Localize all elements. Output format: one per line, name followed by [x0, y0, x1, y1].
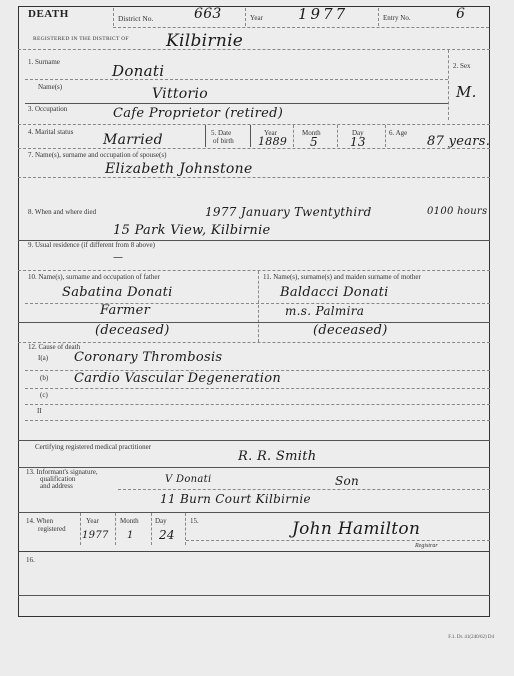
reg-day-label: Day — [155, 517, 167, 525]
dob-year-value: 1889 — [258, 135, 287, 148]
rule — [25, 404, 490, 405]
form-title: DEATH — [28, 8, 69, 20]
rule — [18, 440, 490, 441]
death-place-value: 15 Park View, Kilbirnie — [113, 223, 271, 238]
occupation-value: Cafe Proprietor (retired) — [113, 106, 283, 121]
reg-year-label: Year — [86, 517, 99, 525]
rule — [25, 388, 490, 389]
form-code: F.1. Dr. 41(240/62) D4 — [448, 635, 494, 640]
rule — [25, 303, 490, 304]
marital-status-label: 4. Marital status — [28, 128, 73, 136]
usual-residence-label: 9. Usual residence (if different from 8 … — [28, 241, 155, 249]
field-16-label: 16. — [26, 556, 35, 564]
registrar-title: Registrar — [415, 543, 438, 549]
age-label: 6. Age — [389, 129, 407, 137]
cause-row-label: II — [37, 407, 42, 415]
sex-label: 2. Sex — [453, 62, 471, 70]
surname-label: 1. Surname — [28, 58, 60, 66]
informant-label-3: and address — [40, 482, 73, 490]
reg-day-value: 24 — [159, 528, 175, 542]
district-no-value: 663 — [194, 6, 222, 22]
divider — [258, 271, 259, 342]
cause-row-value: Coronary Thrombosis — [74, 350, 222, 365]
informant-address: 11 Burn Court Kilbirnie — [160, 492, 311, 506]
rule — [25, 103, 448, 104]
reg-month-label: Month — [120, 517, 139, 525]
death-date-value: 1977 January Twentythird — [205, 205, 372, 219]
year-value: 1977 — [298, 5, 348, 23]
entry-no-label: Entry No. — [383, 14, 411, 22]
divider — [245, 8, 246, 26]
father-status-value: (deceased) — [95, 323, 170, 338]
divider — [151, 513, 152, 545]
rule — [18, 124, 490, 125]
year-label: Year — [250, 14, 263, 22]
rule — [18, 148, 490, 149]
when-registered-label-1: 14. When — [26, 517, 53, 525]
rule — [25, 79, 448, 80]
cause-row-label: (c) — [40, 391, 48, 399]
rule — [18, 270, 490, 271]
divider — [293, 125, 294, 147]
cause-of-death-label: 12. Cause of death — [28, 343, 80, 351]
cause-row-label: I(a) — [38, 354, 48, 362]
divider — [113, 8, 114, 26]
registered-district-label: REGISTERED IN THE DISTRICT OF — [33, 36, 129, 42]
names-label: Name(s) — [38, 83, 62, 91]
divider — [448, 50, 449, 120]
age-value: 87 years. — [427, 134, 490, 149]
names-value: Vittorio — [152, 86, 208, 102]
rule — [18, 177, 490, 178]
usual-residence-value: — — [113, 252, 123, 263]
father-occupation-value: Farmer — [100, 303, 150, 318]
death-time-value: 0100 hours — [427, 206, 487, 217]
entry-no-value: 6 — [456, 6, 465, 22]
registrar-label: 15. — [190, 517, 199, 525]
occupation-label: 3. Occupation — [28, 105, 67, 113]
divider — [80, 513, 81, 545]
reg-month-value: 1 — [127, 530, 134, 541]
mother-label: 11. Name(s), surname(s) and maiden surna… — [263, 273, 421, 281]
mother-maiden-value: m.s. Palmira — [285, 304, 364, 318]
dob-day-value: 13 — [350, 135, 366, 149]
registered-district-value: Kilbirnie — [166, 31, 243, 51]
rule — [18, 342, 490, 343]
informant-qualification: Son — [335, 474, 359, 488]
cause-row-value: Cardio Vascular Degeneration — [74, 371, 281, 386]
marital-status-value: Married — [103, 132, 163, 148]
dob-label-1: 5. Date — [211, 129, 231, 137]
divider — [250, 125, 251, 147]
divider — [378, 8, 379, 26]
reg-year-value: 1977 — [82, 530, 109, 541]
divider — [337, 125, 338, 147]
form-field-16-area — [18, 551, 490, 617]
spouse-label: 7. Name(s), surname and occupation of sp… — [28, 151, 166, 159]
father-name-value: Sabatina Donati — [62, 285, 173, 300]
cause-row-label: (b) — [40, 374, 48, 382]
practitioner-label: Certifying registered medical practition… — [35, 443, 151, 451]
sex-value: M. — [456, 83, 477, 101]
rule — [118, 489, 490, 490]
surname-value: Donati — [112, 62, 164, 80]
rule — [18, 595, 490, 596]
father-label: 10. Name(s), surname and occupation of f… — [28, 273, 160, 281]
informant-signature: V Donati — [165, 474, 211, 485]
divider — [205, 125, 206, 147]
practitioner-value: R. R. Smith — [238, 449, 316, 464]
mother-status-value: (deceased) — [313, 323, 388, 338]
divider — [385, 125, 386, 147]
dob-month-value: 5 — [310, 135, 318, 149]
rule — [25, 420, 490, 421]
spouse-value: Elizabeth Johnstone — [105, 161, 253, 177]
district-no-label: District No. — [118, 14, 153, 23]
header-rule — [113, 27, 489, 28]
rule — [18, 322, 490, 323]
rule — [18, 512, 490, 513]
dob-label-2: of birth — [213, 137, 234, 145]
rule — [186, 540, 490, 541]
rule — [18, 49, 490, 50]
registrar-signature: John Hamilton — [292, 519, 420, 539]
when-registered-label-2: registered — [38, 525, 66, 533]
mother-name-value: Baldacci Donati — [280, 285, 389, 300]
when-where-died-label: 8. When and where died — [28, 208, 96, 216]
divider — [115, 513, 116, 545]
